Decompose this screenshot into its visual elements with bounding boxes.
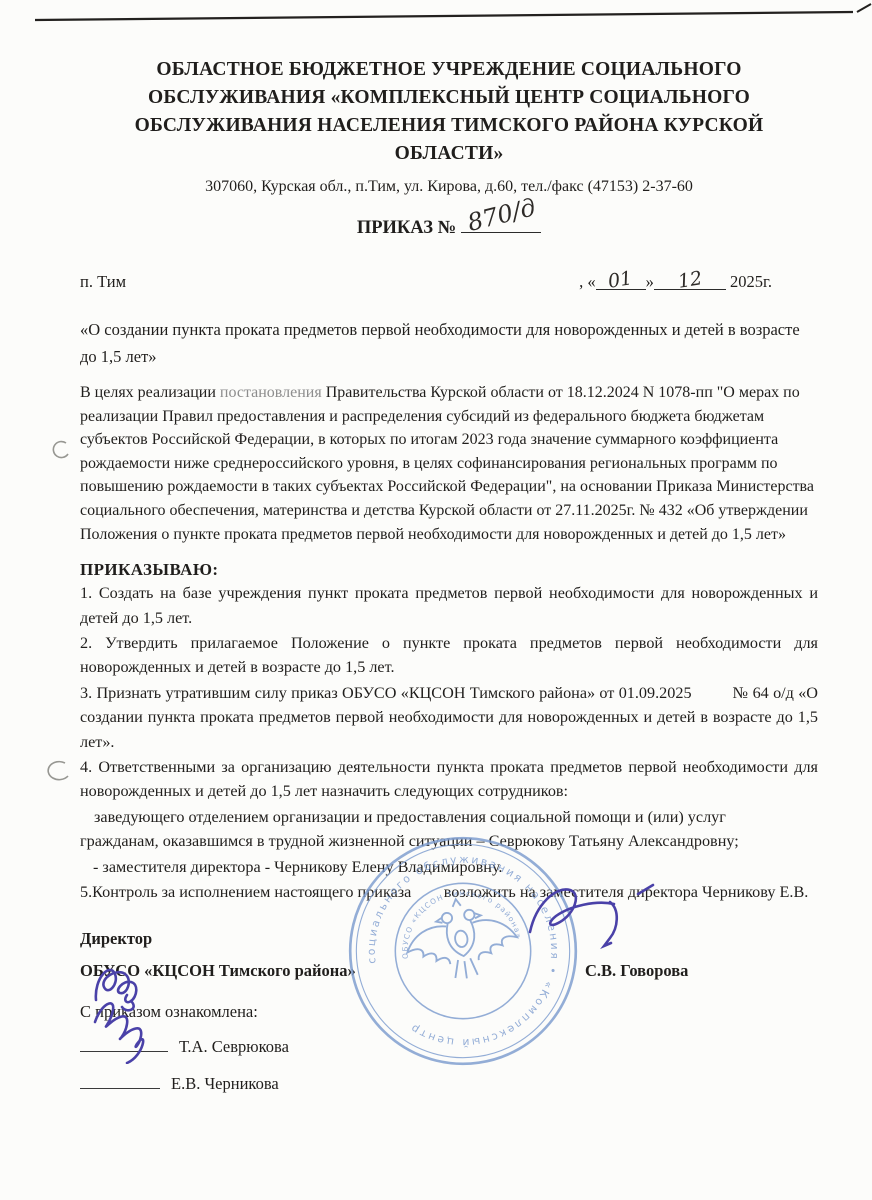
organization-name: ОБЛАСТНОЕ БЮДЖЕТНОЕ УЧРЕЖДЕНИЕ СОЦИАЛЬНО… [94,56,804,168]
preamble-lead: В целях реализации [80,384,220,401]
double-headed-eagle-icon [401,892,522,987]
preamble-link-word: постановления [220,384,322,401]
scan-edge-artifact [0,0,872,34]
scan-smudge-artifact [40,758,74,786]
date-year: 2025г. [730,272,772,291]
organization-address: 307060, Курская обл., п.Тим, ул. Кирова,… [80,178,818,196]
date-open: , « [579,272,596,291]
ack-name-2: Е.В. Черникова [171,1074,279,1093]
preamble-rest: Правительства Курской области от 18.12.2… [80,384,814,543]
scan-smudge-artifact [52,438,74,460]
order-item-3: 3. Признать утратившим силу приказ ОБУСО… [80,681,818,754]
date-day-handwritten: 01 [607,267,634,293]
order-subject: «О создании пункта проката предметов пер… [80,316,818,370]
signature-ink-chernikova [82,986,206,1064]
signature-line [80,1071,160,1089]
order-title-label: ПРИКАЗ № [357,218,456,238]
order-item-4: 4. Ответственными за организацию деятель… [80,755,818,804]
date-day-blank: 01 [596,270,646,290]
place-date-row: п. Тим , «01»12 2025г. [80,270,818,292]
order-item-2: 2. Утвердить прилагаемое Положение о пун… [80,631,818,680]
order-number-blank: 870/д [461,211,541,233]
order-item-1: 1. Создать на базе учреждения пункт прок… [80,581,818,630]
acknowledgement-row-2: Е.В. Черникова [80,1071,818,1096]
order-preamble: В целях реализации постановления Правите… [80,381,818,546]
resolution-heading: ПРИКАЗЫВАЮ: [80,560,818,580]
date-close: » [646,272,654,291]
order-title: ПРИКАЗ №870/д [80,211,818,239]
date-line: , «01»12 2025г. [579,270,818,292]
order-number-handwritten: 870/д [465,193,539,237]
director-name: С.В. Говорова [585,961,688,981]
signature-ink-govorova [520,878,680,962]
date-month-handwritten: 12 [676,267,703,293]
scanned-document-page: ОБЛАСТНОЕ БЮДЖЕТНОЕ УЧРЕЖДЕНИЕ СОЦИАЛЬНО… [0,0,872,1200]
date-month-blank: 12 [654,270,726,290]
stamp-inner-text: ОБУСО «КЦСОН Тимского района» [392,881,524,960]
place-label: п. Тим [80,272,126,292]
